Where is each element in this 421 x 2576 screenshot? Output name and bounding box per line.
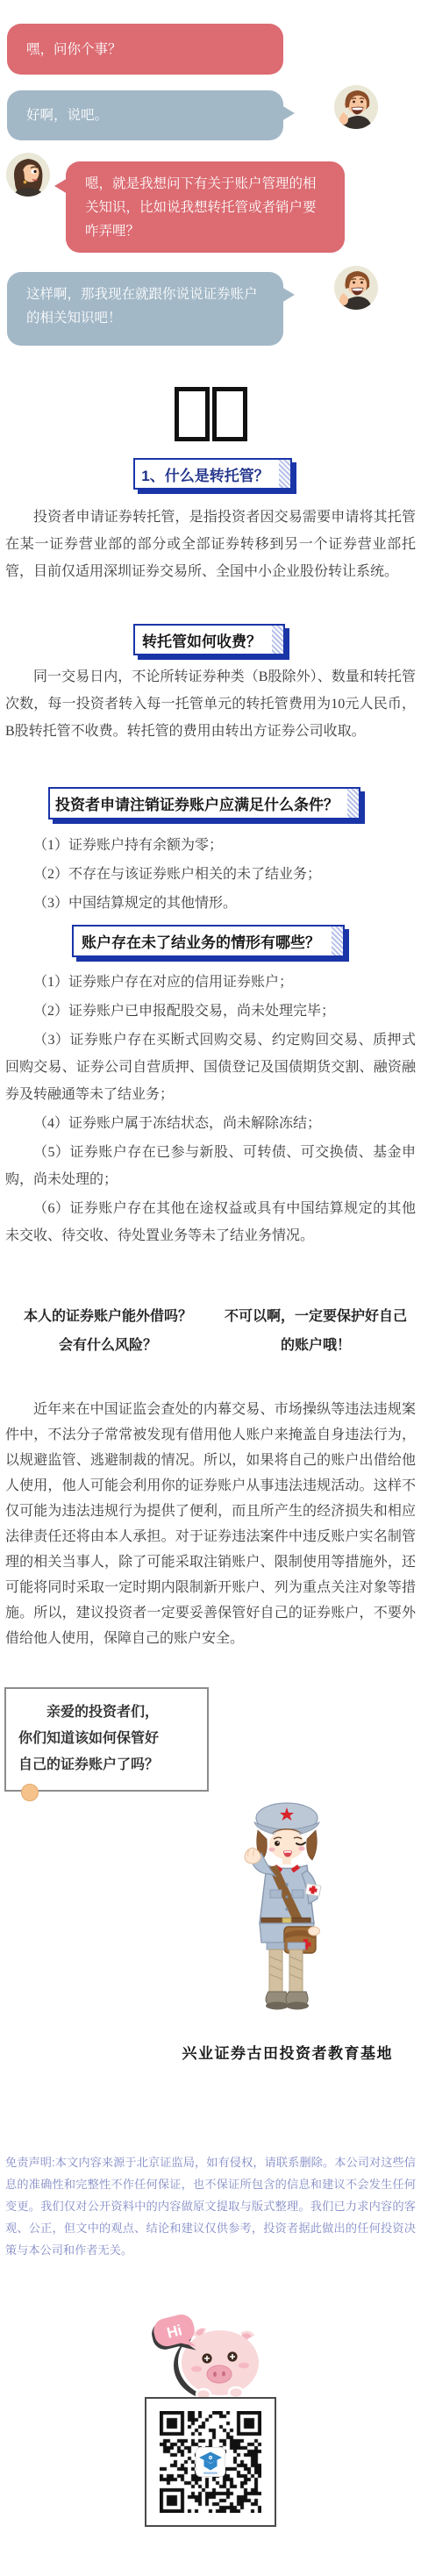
man-avatar-icon xyxy=(334,266,378,310)
section-title: 投资者申请注销证券账户应满足什么条件？ xyxy=(55,792,339,814)
pig-mascot-icon: Hi xyxy=(149,2311,267,2399)
section-header-account-cancel-conditions: 投资者申请注销证券账户应满足什么条件？ xyxy=(48,787,360,819)
pig-mascot: Hi xyxy=(149,2311,267,2399)
chat-bubble-question-1: 嘿，问你个事？ xyxy=(7,24,283,75)
disclaimer: 免责声明:本文内容来源于北京证监局，如有侵权，请联系删除。本公司对这些信息的准确… xyxy=(5,2151,416,2261)
list-item: （4）证券账户属于冻结状态，尚未解除冻结； xyxy=(5,1110,416,1137)
chat-bubble-answer-1: 好啊，说吧。 xyxy=(7,90,283,140)
list-item: （2）证券账户已申报配股交易，尚未处理完毕； xyxy=(5,998,416,1025)
list-item: （1）证券账户持有余额为零； xyxy=(5,831,416,860)
nurse-cartoon-icon xyxy=(228,1793,342,2018)
placeholder-glyph-box xyxy=(212,387,247,441)
chat-bubble-question-2: 嗯，就是我想问下有关于账户管理的相关知识，比如说我想转托管或者销户要咋弄哩？ xyxy=(66,161,345,253)
list-item: （2）不存在与该证券账户相关的未了结业务； xyxy=(5,860,416,889)
man-avatar xyxy=(334,85,378,129)
chat-text: 这样啊，那我现在就跟你说说证券账户的相关知识吧！ xyxy=(26,287,258,326)
speech-tail-dot xyxy=(21,1784,39,1801)
list-cancel-conditions: （1）证券账户持有余额为零； （2）不存在与该证券账户相关的未了结业务； （3）… xyxy=(5,831,416,918)
qa-question: 本人的证券账户能外借吗？会有什么风险？ xyxy=(19,1302,196,1360)
section-header-transfer-custody-fees: 转托管如何收费？ xyxy=(133,624,285,655)
list-item: （6）证券账户存在其他在途权益或具有中国结算规定的其他未交收、待交收、待处置业务… xyxy=(5,1195,416,1249)
list-unsettled-business: （1）证券账户存在对应的信用证券账户； （2）证券账户已申报配股交易，尚未处理完… xyxy=(5,969,416,1251)
list-item: （1）证券账户存在对应的信用证券账户； xyxy=(5,969,416,996)
woman-avatar xyxy=(6,153,50,197)
investor-education-logo-icon xyxy=(196,2447,225,2477)
article-page: 嘿，问你个事？ 好啊，说吧。 xyxy=(0,0,421,2576)
section-title: 账户存在未了结业务的情形有哪些？ xyxy=(82,930,320,952)
man-avatar xyxy=(334,266,378,310)
list-item: （5）证券账户存在已参与新股、可转债、可交换债、基金申购，尚未处理的； xyxy=(5,1139,416,1193)
section-header-unsettled-business: 账户存在未了结业务的情形有哪些？ xyxy=(72,925,345,957)
section-title: 1、什么是转托管？ xyxy=(141,463,268,485)
list-item: （3）中国结算规定的其他情形。 xyxy=(5,889,416,918)
placeholder-glyph-box xyxy=(175,387,210,441)
section-title: 转托管如何收费？ xyxy=(142,629,261,651)
red-army-nurse-illustration xyxy=(228,1793,342,2018)
qa-answer: 不可以啊，一定要保护好自己的账户哦！ xyxy=(225,1302,407,1360)
missing-glyph-title xyxy=(175,387,247,441)
section-header-what-is-transfer-custody: 1、什么是转托管？ xyxy=(133,458,292,490)
reminder-speech-box: 亲爱的投资者们， 你们知道该如何保管好 自己的证券账户了吗？ xyxy=(4,1687,209,1792)
chat-text: 嗯，就是我想问下有关于账户管理的相关知识，比如说我想转托管或者销户要咋弄哩？ xyxy=(85,176,317,239)
paragraph-account-lending-risk: 近年来在中国证监会查处的内幕交易、市场操纵等违法违规案件中，不法分子常常被发现有… xyxy=(5,1397,416,1651)
paragraph-transfer-custody-definition: 投资者申请证券转托管，是指投资者因交易需要申请将其托管在某一证券营业部的部分或全… xyxy=(5,504,416,585)
man-avatar-icon xyxy=(334,85,378,129)
chat-bubble-answer-2: 这样啊，那我现在就跟你说说证券账户的相关知识吧！ xyxy=(7,272,283,346)
qr-code-box xyxy=(145,2397,276,2527)
chat-text: 好啊，说吧。 xyxy=(26,104,108,127)
chat-text: 嘿，问你个事？ xyxy=(26,38,122,61)
woman-avatar-icon xyxy=(6,153,50,197)
attribution: 兴业证券古田投资者教育基地 xyxy=(182,2041,394,2063)
paragraph-transfer-custody-fees: 同一交易日内，不论所转证券种类（B股除外）、数量和转托管次数，每一投资者转入每一… xyxy=(5,663,416,745)
list-item: （3）证券账户存在买断式回购交易、约定购回交易、质押式回购交易、证券公司自营质押… xyxy=(5,1027,416,1108)
